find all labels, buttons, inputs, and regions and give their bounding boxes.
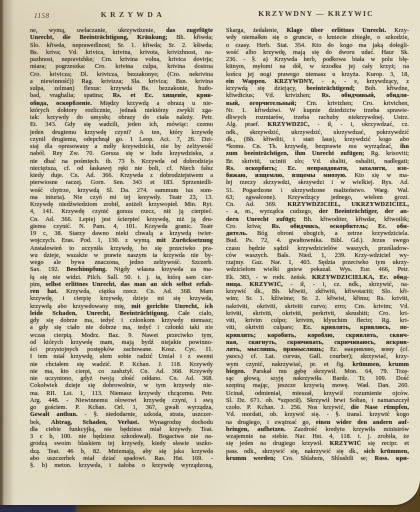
text-line: krumm werden; Crn. Shlahem, Shlushili se… — [226, 455, 409, 462]
text-line: a gdy się ciało nie dobrze ma, tedyć i c… — [30, 324, 213, 331]
text-line: krzywdą abo krzywdowany mię, mit gericht… — [30, 303, 213, 310]
text-line: Rs. оскорбить; Ec. неправдовати, захалит… — [226, 165, 409, 172]
dictionary-page: 1158 KRZYWDA KRZYWDNY — KRZYWIC ne, wymą… — [0, 0, 420, 505]
text-line: Cokolwiek dzieje się dobrowolnie, w tym … — [30, 382, 213, 389]
text-line: Cn. Ad. 369. KRZYWDZICIEL, UKRZYWDZICIEL… — [226, 201, 409, 208]
text-line: Et. 343. Gdy się wadzili, jeden ich, mów… — [30, 121, 213, 128]
text-line: viti, okriviti culpare; Ec. кривлять, кр… — [226, 324, 409, 331]
page-number: 1158 — [34, 12, 49, 20]
header-left-keyword: KRZYWDA — [58, 10, 208, 19]
header-right-keyword: KRZYWDNY — KRZYWIC — [228, 9, 404, 18]
text-line: pass. ndk., skrzywić się, nakrzywić się … — [226, 448, 409, 455]
text-line: Sax. 192. Beschimpfung. Nigdy własna krz… — [30, 266, 213, 273]
text-line: grodzą swoim blaskiem tej krzywdy, kiedy… — [30, 440, 213, 447]
text-line: лять, мыслишь, прямыслишь; Ec. накривляю… — [226, 346, 409, 353]
text-line: ma iniuria). Nie czyń mi tej krzywdy. Te… — [30, 194, 213, 201]
text-line: czoło. P. Kchan. J. 256. Nos krzywić, di… — [226, 404, 409, 411]
text-line: nie chciałem się wadzić. P. Kchan. J. 11… — [30, 361, 213, 368]
text-line: siaj dla opresowany a mdły krzywdzicki, … — [30, 143, 213, 150]
text-line: których doktory rozlicznie, jednak niekt… — [30, 107, 213, 114]
text-line: wego ale bywa znaczona, jedno zelżywość.… — [30, 259, 213, 266]
text-line: czynił drugiemu, odepchnął go. 1 Leop. A… — [30, 136, 213, 143]
text-line: 63; zgwałcone). Krzywdzący jednego, wiel… — [226, 194, 409, 201]
text-line: łą się nie widzi. Pilch. Sall. 50. t. j.… — [30, 274, 213, 281]
text-line: - a, m., wyrządca cudzego, der Beeinträc… — [226, 208, 409, 215]
text-line: ndk., skrzywdzić, ukrzywdzić, ukrzywdzać… — [226, 129, 409, 136]
text-line: wdy niemałkm się o gruncie, o kmiecie zb… — [226, 34, 409, 41]
text-line: wczas cierpią. Modrz. Baz. 9. Nawet prze… — [30, 332, 213, 339]
binding-edge-shadow — [0, 0, 14, 505]
text-line: go gościem. P. Kchan. Orl. 1, 367, gwałt… — [30, 404, 213, 411]
text-line: pim, selbst erlittnes Unrecht, das man a… — [30, 281, 213, 288]
text-line: dzą. Teat. 46 b, 82. Mniemają, aby się j… — [30, 448, 213, 455]
column-left: ne, wymą, uwłaczanie, ukrzywdzenie, das … — [30, 27, 213, 469]
text-line: gdy się dobrze ma, tedyć i członkom krzy… — [30, 317, 213, 324]
text-line: křiwdicius; Vd. krivizhen; Rs. обидчивый… — [226, 92, 409, 99]
text-line: na drugiego, i zwątrzać go, einen wider … — [226, 419, 409, 426]
text-line: kriviti, skriviti, okriviti, perkrivit, … — [226, 310, 409, 317]
text-line: wość albo krzywdę, mają się do dworu uda… — [226, 49, 409, 56]
text-line: wzajemnie na siebie. Nar. Hst. 4, 118. t… — [226, 433, 409, 440]
text-line: укось) cf. Lat. curvus, Gall. courber); … — [226, 353, 409, 360]
text-line: od których krzywdę mam, mają bydź niejak… — [30, 339, 213, 346]
text-line: wim; Sr. 1. kžiwime; Sr. 2. křiwisi, kři… — [226, 295, 409, 302]
running-header: 1158 KRZYWDA KRZYWDNY — KRZYWIC — [0, 9, 420, 23]
text-line: a niewinność)) Rag. krivizza; Sla. krivi… — [30, 78, 213, 85]
text-line: Cro. krivicza; Dl. krivicza, bezzakonye;… — [30, 71, 213, 78]
text-line: I tem miał krzywdę, alem sobie radzić Um… — [30, 353, 213, 360]
text-line: tak: krzywdy do umysłu; obrazy do ciała … — [30, 114, 213, 121]
text-line: naból. Rey Zw. 70. Gorsza się w ludu krz… — [30, 150, 213, 157]
text-line: kitnym, myłomi na dół, w śrzodku jej cał… — [226, 63, 409, 70]
text-line: §. b) meton. krzywda, i żałoba o krzywdę… — [30, 462, 213, 469]
text-line: Alg. praef. KRZYWDZIĆ, - ił, - i, ukrzyw… — [226, 121, 409, 128]
text-line: o czasy. Herb. Stat. 354. Kto do kogo ma… — [226, 42, 409, 49]
text-line: Cn. Ad. 366. Lepiej jest ścierpieć krzyw… — [30, 216, 213, 223]
text-line: ści przystojnych postępków zachowane. Ko… — [30, 346, 213, 353]
text-line: abo uszczerbek miał dziać spadowi. Ras. … — [30, 455, 213, 462]
text-line: bad, vraghalia; spatina; Rs. et Ec. хище… — [30, 92, 213, 99]
text-line: обида, оскорбленіе. Między krzywdą a obr… — [30, 100, 213, 107]
text-line: krzywić dk., Bh. křiwiti, zkřiwiti, křiw… — [226, 288, 409, 295]
text-line: Krzywdę niedźwiedziom zrobił, aniżeli kr… — [30, 201, 213, 208]
text-line: wdzicielom wielki gniew pokazał. Wys. Eu… — [226, 266, 409, 273]
text-line: Arg. 448. - Niewinnemu ołowowi krzywdę c… — [30, 397, 213, 404]
text-line: кривлять; коробить, короблю, скривлять, … — [226, 332, 409, 339]
text-line: czasu będzie sądził krzywdzicielów waszy… — [226, 245, 409, 252]
text-line: ная, скигнуть, скрючивать, скрючиваюсь, … — [226, 339, 409, 346]
text-line: wojczych. Eras. Pod. 1, 130. z wymą. mit… — [30, 237, 213, 244]
text-line: rzajmy. Gaz. Nar. 1, 403. Sędzia przeciw… — [226, 259, 409, 266]
text-line: miara; pogrzeszka: Cro. krivina culpa, k… — [30, 63, 213, 70]
text-line: nie dbać na pośmięch. ib. 73 b. Krzywda … — [30, 158, 213, 165]
column-right: Skarga, żedalenie, Klage über erlittnes … — [226, 27, 409, 469]
text-line: jeden drugiemu krzywdę czyni? A ten, któ… — [30, 129, 213, 136]
text-line: Unrecht, die Beeinträchtigung, Kränkung;… — [30, 34, 213, 41]
text-line: dla ciebie funkcyjką, nie będziesz miał … — [30, 426, 213, 433]
text-line: Gewalt anthun. - §. niedodarnie, szkoda,… — [30, 411, 213, 418]
text-line: dern Unrecht zufügt; Bh. křiwoditer, kři… — [226, 216, 409, 223]
text-line: dk., (Bh. křiwditi, i stati laus), krzyw… — [226, 136, 409, 143]
text-line: wym czynić, nakrzywiać, pr. et fig. krüm… — [226, 361, 409, 368]
text-line: Skarga, żedalenie, Klage über erlittnes … — [226, 27, 409, 34]
text-line: Br. skriviti, uciniti zlo; Vd. shaliti, … — [226, 158, 409, 165]
text-line: bek, Abtrag, Schaden, Verlust. Wynagrodz… — [30, 419, 213, 426]
text-line: ców waszych. Bals. Nied. 1, 239. Krzy-wd… — [226, 252, 409, 259]
text-line: ein Wappen. KRZYWDNY, - a, - e, krzywdzą… — [226, 78, 409, 85]
text-line: sulpa, zelman) flexus: krzywda Bs. bezza… — [30, 85, 213, 92]
text-line: ница. KRZYWIĆ, - ił, - i, cz. ndk., skrz… — [226, 281, 409, 288]
text-line: kiedy duje. Cn. Ad. 366. Krzywda z dobro… — [30, 172, 213, 179]
text-line: pierwiosne raczej. Gorn. Sen. 343 et 183… — [30, 179, 213, 186]
text-line: 236. - §. a) Krzywda herb, podkowa biała… — [226, 56, 409, 63]
text-line: się jeden na drugiego krzywił. KRZYWIĆ s… — [226, 440, 409, 447]
text-line: дитель. Bóg obroni ubogich, a zetrze krz… — [226, 230, 409, 237]
text-line: ne, wymą, uwłaczanie, ukrzywdzenie, das … — [30, 27, 213, 34]
text-line: dliwych rozmiarów, trzeba rachuby niekrz… — [226, 114, 409, 121]
text-line: Sl. Dz. 671. ob. *szpocił). Skrzywił brw… — [226, 397, 409, 404]
text-line: krzywdę, i cierpię krzywdę, dzieje mi si… — [30, 295, 213, 302]
text-line: wość chytrze, krzywdą Sl. Da. 274. summu… — [30, 187, 213, 194]
text-line: niecięższa, cf. od łaskawej ręki nie bol… — [30, 165, 213, 172]
text-line: sąc głową, szyję nakrzywiła. Bardz. Tr. … — [226, 375, 409, 382]
book-photo: 1158 KRZYWDA KRZYWDNY — KRZYWIC ne, wymą… — [0, 0, 420, 512]
text-line: Bs. kriva; Vd. krivica, krivina, krivota… — [30, 49, 213, 56]
text-line: nie uczyniono, gdyż twoją złość oddano. … — [30, 375, 213, 382]
text-line: бижаю, изщемлю, изщемы мнозую. Kto się w… — [226, 172, 409, 179]
text-line: nakriviti, okriviti, skriviti curvo; err… — [226, 303, 409, 310]
text-line: Cro. kriva; Rs. обидчикъ, оскорбитель; E… — [226, 223, 409, 230]
text-line: viti, krivim culpo; krivim, klyuchim fle… — [226, 317, 409, 324]
text-line: krzywdą się dziejący, beeinträchtigend; … — [226, 85, 409, 92]
text-line: pazhnost, nepravizhke; Crn. krivina voln… — [30, 56, 213, 63]
text-line: końcu jej nogi prawego niemasz u krzyża.… — [226, 71, 409, 78]
text-line: wu dzieje, wszakże w prawie naszym ta kr… — [30, 252, 213, 259]
text-line: Slo. křiwda, neprawedlnost; Sr. 1. křiwd… — [30, 42, 213, 49]
text-line: Bud. Ps. 72, 4. gwałtownika. Bibl. Gd.).… — [226, 237, 409, 244]
text-line: Nr. 1. křiwdziwi. W kupnie dziedzictw tr… — [226, 107, 409, 114]
text-line: 51. Pogardzone i ukrzywdzone małżeństwo.… — [226, 187, 409, 194]
text-line: leide Schaden, Unrecht, Beeinträchtigung… — [30, 310, 213, 317]
text-line: łej rzeczy skrzywdzi, skrzywdzi i w wiel… — [226, 179, 409, 186]
text-line: zum beeinträchtigen, ihm Unrecht zufügen… — [226, 150, 409, 157]
text-line: giemu czynić. N. Pam. 4, 101. Krzywda gr… — [30, 223, 213, 230]
text-line: szeptną mając, jeszcze krzywią mowę. Wad… — [226, 382, 409, 389]
text-line: Ucinał, odmieniał, mieszał, krzywił rozu… — [226, 390, 409, 397]
text-line: biegen. Parskał mu gębę skrzywił. Mon. 6… — [226, 368, 409, 375]
text-line: ma. RII. Lst. 1, 113. Niemasz krzywdy ch… — [30, 390, 213, 397]
text-line: 4, 141. Krzywdę czynić gorsza rzecz, niż… — [30, 208, 213, 215]
text-line: Anstalowień to uczyniła krzywdę, bo się … — [30, 245, 213, 252]
text-line: ren hat. Krzywda, ciężka rzecz. Cn. Ad. … — [30, 288, 213, 295]
text-line: bringen, aufhetzen. Zazdrość kredytu krz… — [226, 426, 409, 433]
text-line: вый, огорчительный; Crn. krivizhen; Cro.… — [226, 100, 409, 107]
text-line: 3 c b, 100. nie będziesz szkodował). Bog… — [30, 433, 213, 440]
text-line: Vd. mordati, ob. krzywić się. - §. trans… — [226, 411, 409, 418]
text-line: 19 c, 38. Starzy dawno nieki chwalą a kr… — [30, 230, 213, 237]
text-line: *komu. Cn. Th. krzywdę, bezprawie mu wyr… — [226, 143, 409, 150]
text-line: Ek. 383, - w rodz. żeńsk. KRZYWDZICIELKA… — [226, 274, 409, 281]
text-line: nie ma, kto cierpi, co zasłużył. Cn. Ad.… — [30, 368, 213, 375]
text-columns: ne, wymą, uwłaczanie, ukrzywdzenie, das … — [30, 27, 410, 469]
